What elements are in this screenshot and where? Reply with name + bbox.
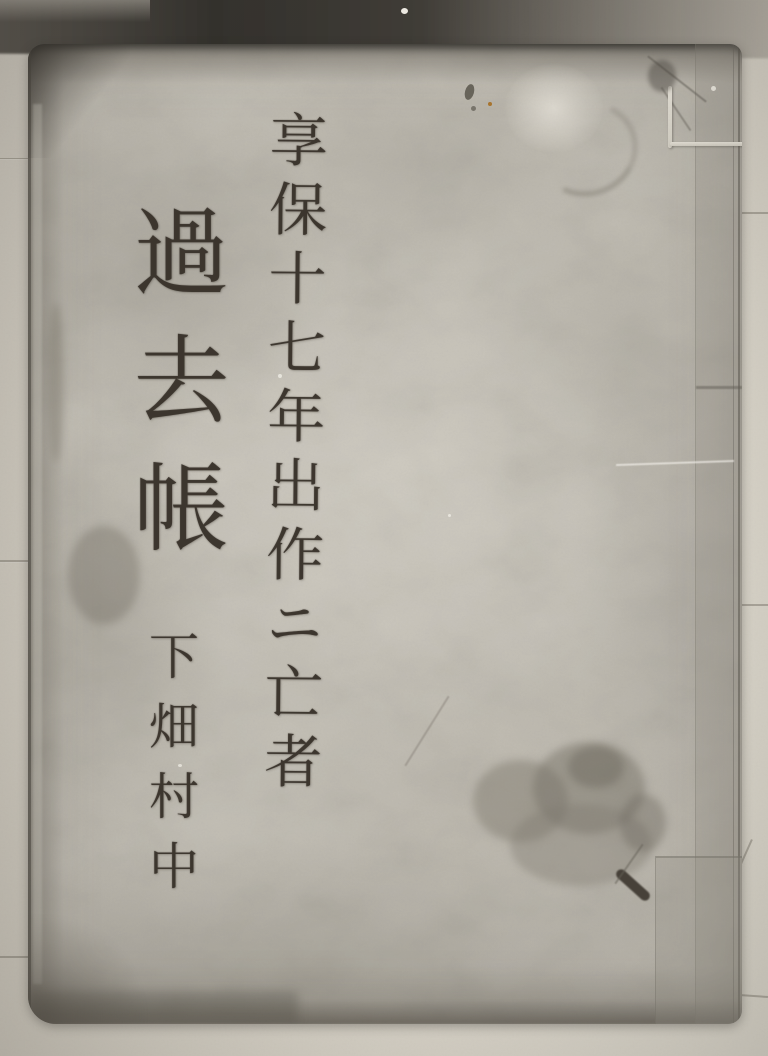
ink-speck: [471, 106, 476, 111]
calligraphy-date-column: 享保十七年出作ニ亡者: [246, 110, 336, 801]
photograph: 享保十七年出作ニ亡者 過去帳 下畑村中: [0, 0, 768, 1056]
wood-plank-seam: [0, 956, 30, 958]
binding-thread-horizontal: [670, 142, 742, 146]
orange-speck: [488, 102, 492, 106]
dust-speck: [448, 514, 451, 517]
stain: [48, 302, 64, 464]
cover-left-edge: [28, 44, 31, 1024]
ink-smudge: [648, 60, 676, 92]
top-left-highlight: [0, 0, 150, 22]
wood-plank-seam: [742, 212, 768, 214]
stain: [568, 746, 624, 788]
worn-corner: [28, 914, 148, 1024]
stain: [620, 794, 666, 852]
calligraphy-title: 過去帳: [106, 202, 243, 586]
cover-left-edge-highlight: [33, 104, 42, 984]
register-book-cover: 享保十七年出作ニ亡者 過去帳 下畑村中: [28, 44, 742, 1024]
spine-seam: [696, 386, 742, 389]
dust-speck: [711, 86, 716, 91]
corner-repair-patch: [655, 856, 742, 1024]
folded-corner-crease: [28, 44, 130, 158]
dust-speck: [401, 8, 408, 14]
binding-thread-vertical: [668, 86, 672, 148]
calligraphy-village-column: 下畑村中: [134, 630, 206, 910]
